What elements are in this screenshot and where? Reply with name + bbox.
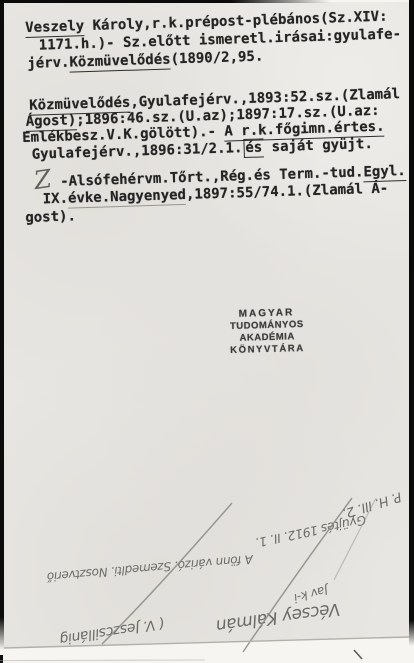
stamp-line: KÖNYVTÁRA bbox=[202, 342, 332, 358]
scanned-catalog-card-page: Veszely Károly,r.k.prépost-plébános(Sz.X… bbox=[0, 0, 414, 663]
typed-block-yearbook: -Alsófehérvm.Tőrt.,Rég.és Term.-tud.Egyl… bbox=[24, 164, 411, 236]
scan-bottom-line bbox=[0, 660, 205, 661]
typed-line: gost). bbox=[25, 209, 76, 226]
typed-line: jérv.Közmüvelődés(1890/2,95. bbox=[27, 50, 263, 72]
reference-text: gost). bbox=[25, 208, 76, 226]
author-name: Veszely bbox=[25, 18, 85, 38]
scan-frame-left bbox=[0, 0, 4, 650]
reference-text: IX. bbox=[42, 191, 68, 208]
scan-frame-corner bbox=[0, 655, 3, 663]
edge-tick-mark bbox=[354, 650, 362, 659]
yearbook-place: évke.Nagyenyed bbox=[68, 187, 187, 209]
heading-text: jérv. bbox=[27, 55, 70, 72]
typed-block-references: Közmüvelődés,Gyulafejérv.,1893:52.sz.(Zl… bbox=[21, 87, 403, 169]
catalog-card: Veszely Károly,r.k.prépost-plébános(Sz.X… bbox=[4, 2, 409, 648]
handwriting-note: A fönn várizó. Szemedlti. Nosztveriő bbox=[25, 540, 275, 595]
stamp-line: TUDOMÁNYOS AKADÉMIA bbox=[202, 318, 333, 346]
society-abbrev: Egyl. bbox=[363, 163, 406, 182]
journal-title: Közmüvelődés bbox=[69, 51, 171, 72]
scan-frame-right bbox=[409, 0, 414, 646]
typed-block-heading: Veszely Károly,r.k.prépost-plébános(Sz.X… bbox=[25, 9, 407, 81]
insertion-mark: és bbox=[243, 138, 263, 158]
heading-text: (1890/2,95. bbox=[170, 49, 263, 68]
library-stamp: MAGYAR TUDOMÁNYOS AKADÉMIA KÖNYVTÁRA bbox=[201, 306, 332, 358]
reference-text: saját gyüjt. bbox=[263, 136, 373, 155]
handwriting-note: ( V. Jeszcsillánig bbox=[34, 603, 189, 658]
scan-frame-top bbox=[0, 0, 330, 3]
handwriting-name: Vécsey Kálmán bbox=[197, 591, 360, 643]
